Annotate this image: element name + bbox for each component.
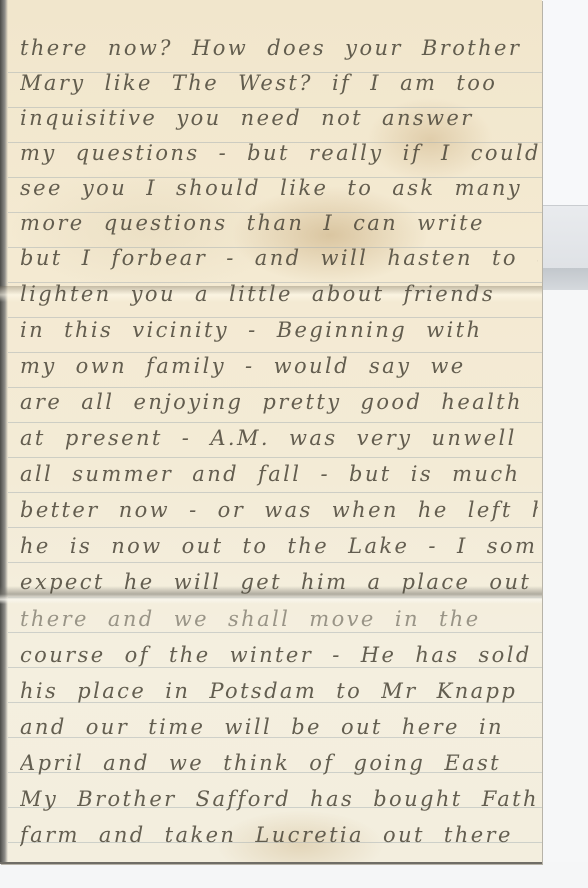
- scan-background-top: [540, 0, 588, 205]
- text-line: April and we think of going East: [20, 749, 538, 777]
- text-line: expect he will get him a place out: [20, 568, 538, 596]
- text-line: but I forbear - and will hasten to en-: [20, 244, 538, 272]
- text-line: farm and taken Lucretia out there: [20, 821, 538, 849]
- text-line: at present - A.M. was very unwell: [20, 424, 538, 452]
- page-binding-edge: [0, 0, 8, 862]
- ruled-line: [8, 457, 542, 458]
- ruled-line: [8, 562, 542, 563]
- scan-background-foot: [0, 862, 588, 888]
- text-line: are all enjoying pretty good health: [20, 388, 538, 416]
- text-line: more questions than I can write: [20, 209, 538, 237]
- letter-page: there now? How does your Brother and Mar…: [0, 0, 542, 864]
- ruled-line: [8, 527, 542, 528]
- text-line: see you I should like to ask many: [20, 174, 538, 202]
- scan-background-bottom: [540, 290, 588, 888]
- text-line: my questions - but really if I could: [20, 139, 538, 167]
- text-line: Mary like The West? if I am too: [20, 69, 538, 97]
- text-line: there now? How does your Brother and: [20, 34, 538, 62]
- text-line: and our time will be out here in: [20, 713, 538, 741]
- text-line: course of the winter - He has sold: [20, 641, 538, 669]
- text-line: his place in Potsdam to Mr Knapp: [20, 677, 538, 705]
- scan-background-shadow: [540, 268, 588, 290]
- text-line: inquisitive you need not answer: [20, 104, 538, 132]
- text-line: all summer and fall - but is much: [20, 460, 538, 488]
- text-line: better now - or was when he left home: [20, 496, 538, 524]
- text-line: there and we shall move in the: [20, 605, 538, 633]
- text-line: he is now out to the Lake - I some: [20, 532, 538, 560]
- ruled-line: [8, 422, 542, 423]
- text-line: my own family - would say we: [20, 352, 538, 380]
- text-line: My Brother Safford has bought Fathers: [20, 785, 538, 813]
- text-line: in this vicinity - Beginning with: [20, 316, 538, 344]
- ruled-line: [8, 492, 542, 493]
- scan-background-band: [540, 205, 588, 269]
- text-line: lighten you a little about friends: [20, 280, 538, 308]
